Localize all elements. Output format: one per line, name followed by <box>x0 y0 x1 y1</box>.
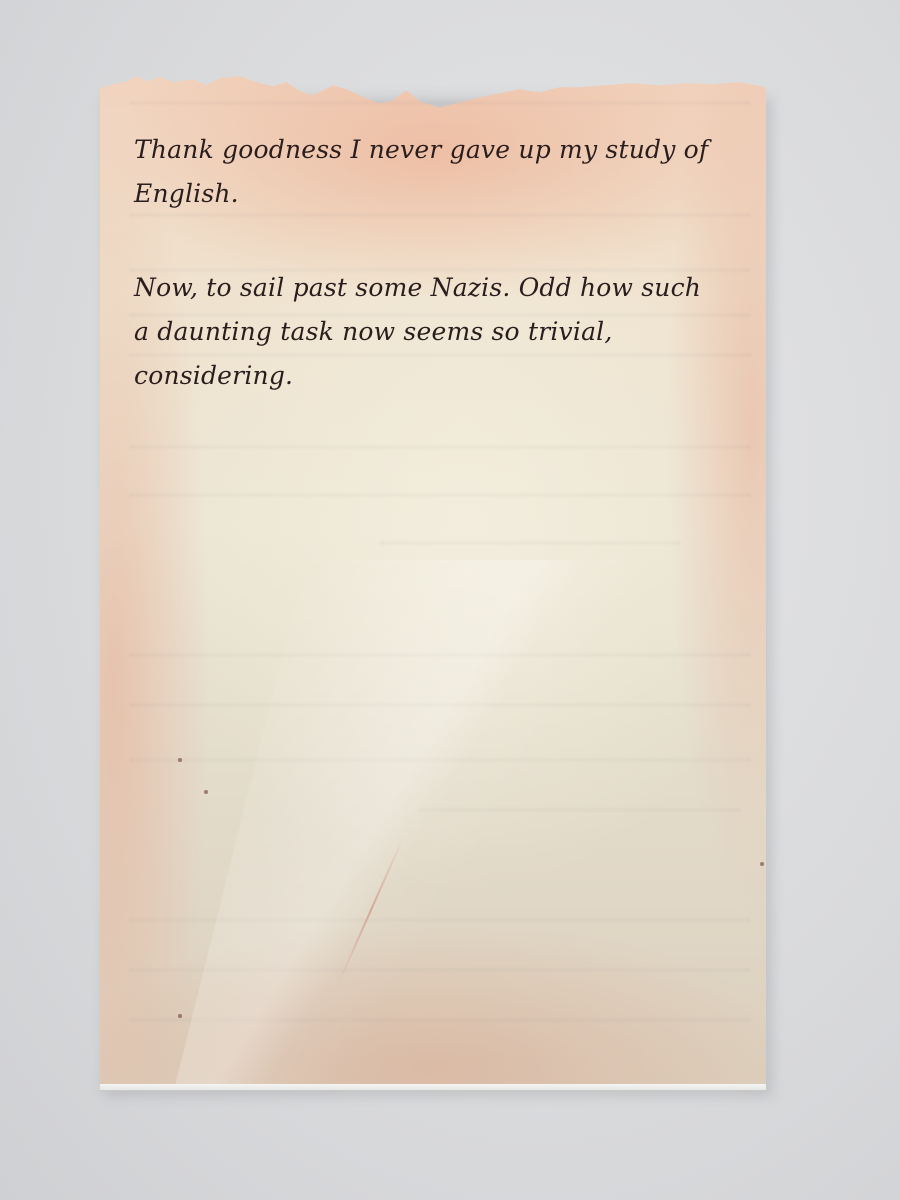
bleed-line <box>130 690 750 706</box>
paper-bottom-edge <box>100 1084 766 1091</box>
note-line: English. <box>134 172 744 216</box>
ink-speck <box>760 862 764 866</box>
bleed-line <box>420 795 740 811</box>
bleed-line <box>130 905 750 921</box>
bleed-line <box>130 745 750 761</box>
note-paragraph-2: Now, to sail past some Nazis. Odd how su… <box>134 266 744 398</box>
bleed-line <box>130 432 750 448</box>
ink-speck <box>178 1014 182 1018</box>
note-line: a daunting task now seems so trivial, <box>134 310 744 354</box>
ink-speck <box>204 790 208 794</box>
bleed-line <box>130 480 750 496</box>
note-paragraph-1: Thank goodness I never gave up my study … <box>134 128 744 216</box>
note-line: Thank goodness I never gave up my study … <box>134 128 744 172</box>
note-line: Now, to sail past some Nazis. Odd how su… <box>134 266 744 310</box>
bleed-line <box>130 88 750 104</box>
bleed-line <box>130 1005 750 1021</box>
paragraph-spacer <box>134 216 744 266</box>
note-line: considering. <box>134 354 744 398</box>
bleed-line <box>380 528 680 544</box>
ink-speck <box>178 758 182 762</box>
bleed-line <box>130 955 750 971</box>
bleed-line <box>130 640 750 656</box>
handwritten-note: Thank goodness I never gave up my study … <box>134 128 744 398</box>
